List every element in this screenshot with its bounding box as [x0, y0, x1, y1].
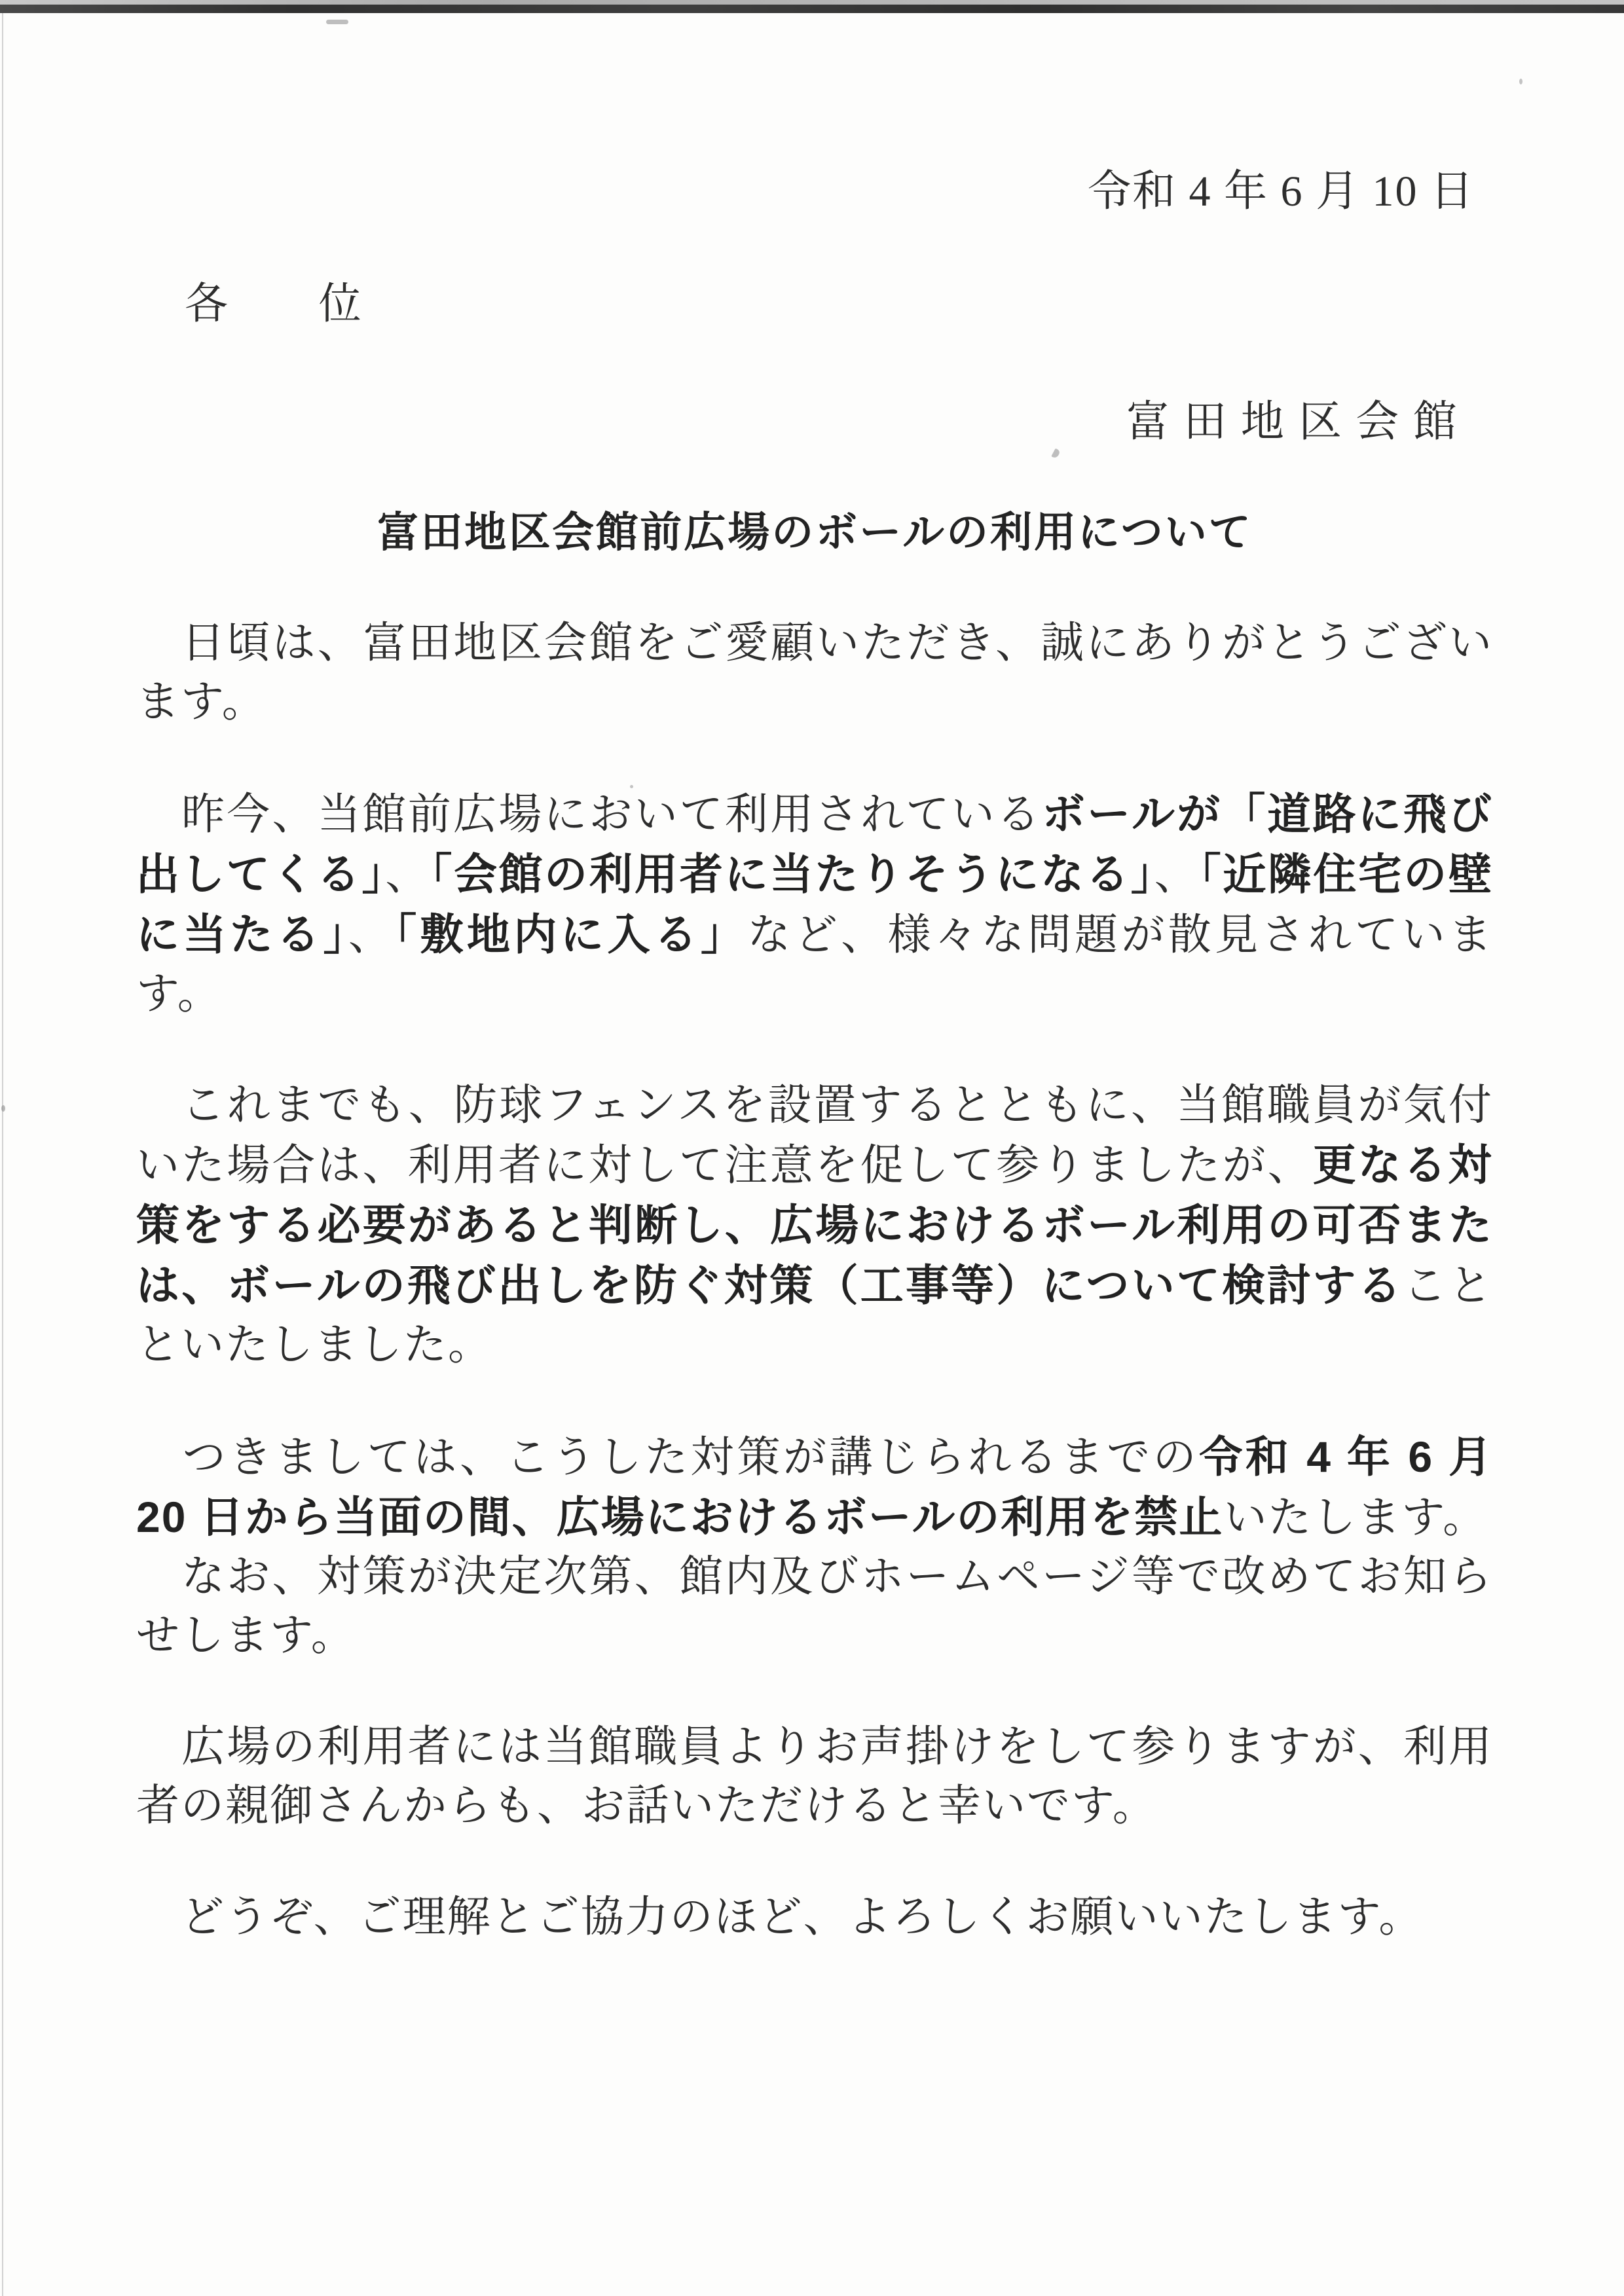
paragraph-prohibition: つきましては、こうした対策が講じられるまでの令和 4 年 6 月 20 日から当… — [136, 1427, 1493, 1548]
scanned-letter-page: 令和 4 年 6 月 10 日 各 位 富田地区会館 富田地区会館前広場のボール… — [0, 0, 1624, 2296]
sender-line: 富田地区会館 — [136, 393, 1493, 452]
date-line: 令和 4 年 6 月 10 日 — [136, 162, 1493, 221]
paragraph-text: どうぞ、ご理解とご協力のほど、よろしくお願いいたします。 — [136, 1893, 1423, 1941]
paragraph-text: 広場の利用者には当館職員よりお声掛けをして参りますが、利用者の親御さんからも、お… — [136, 1723, 1493, 1830]
paragraph-text: 日頃は、富田地区会館をご愛顧いただき、誠にありがとうございます。 — [136, 619, 1493, 726]
letter-content: 令和 4 年 6 月 10 日 各 位 富田地区会館 富田地区会館前広場のボール… — [0, 0, 1624, 2296]
paragraph-closing: どうぞ、ご理解とご協力のほど、よろしくお願いいたします。 — [136, 1888, 1493, 1947]
paragraph-text: 、 — [385, 851, 430, 899]
document-title: 富田地区会館前広場のボールの利用について — [136, 503, 1493, 562]
paragraph-text: これまでも、防球フェンスを設置するとともに、当館職員が気付いた場合は、利用者に対… — [136, 1082, 1493, 1190]
paragraph-text: つきましては、こうした対策が講じられるまでの — [136, 1434, 1199, 1482]
paragraph-text: いたします。 — [1223, 1494, 1487, 1542]
paragraph-text: 、 — [1154, 851, 1200, 899]
paragraph-problem: 昨今、当館前広場において利用されているボールが「道路に飛び出してくる」、「会館の… — [136, 784, 1493, 1024]
emphasis-text: 「敷地内に入る」 — [395, 910, 747, 958]
recipient-line: 各 位 — [136, 275, 1493, 334]
paragraph-text: 、 — [348, 911, 395, 959]
paragraph-greeting: 日頃は、富田地区会館をご愛顧いただき、誠にありがとうございます。 — [136, 614, 1493, 732]
paragraph-notice: なお、対策が決定次第、館内及びホームページ等で改めてお知らせします。 — [136, 1548, 1493, 1666]
paragraph-request: 広場の利用者には当館職員よりお声掛けをして参りますが、利用者の親御さんからも、お… — [136, 1718, 1493, 1836]
paragraph-text: 昨今、当館前広場において利用されている — [136, 791, 1042, 839]
paragraph-text: なお、対策が決定次第、館内及びホームページ等で改めてお知らせします。 — [136, 1553, 1493, 1660]
emphasis-text: 「会館の利用者に当たりそうになる」 — [430, 850, 1154, 898]
paragraph-measures: これまでも、防球フェンスを設置するとともに、当館職員が気付いた場合は、利用者に対… — [136, 1076, 1493, 1375]
